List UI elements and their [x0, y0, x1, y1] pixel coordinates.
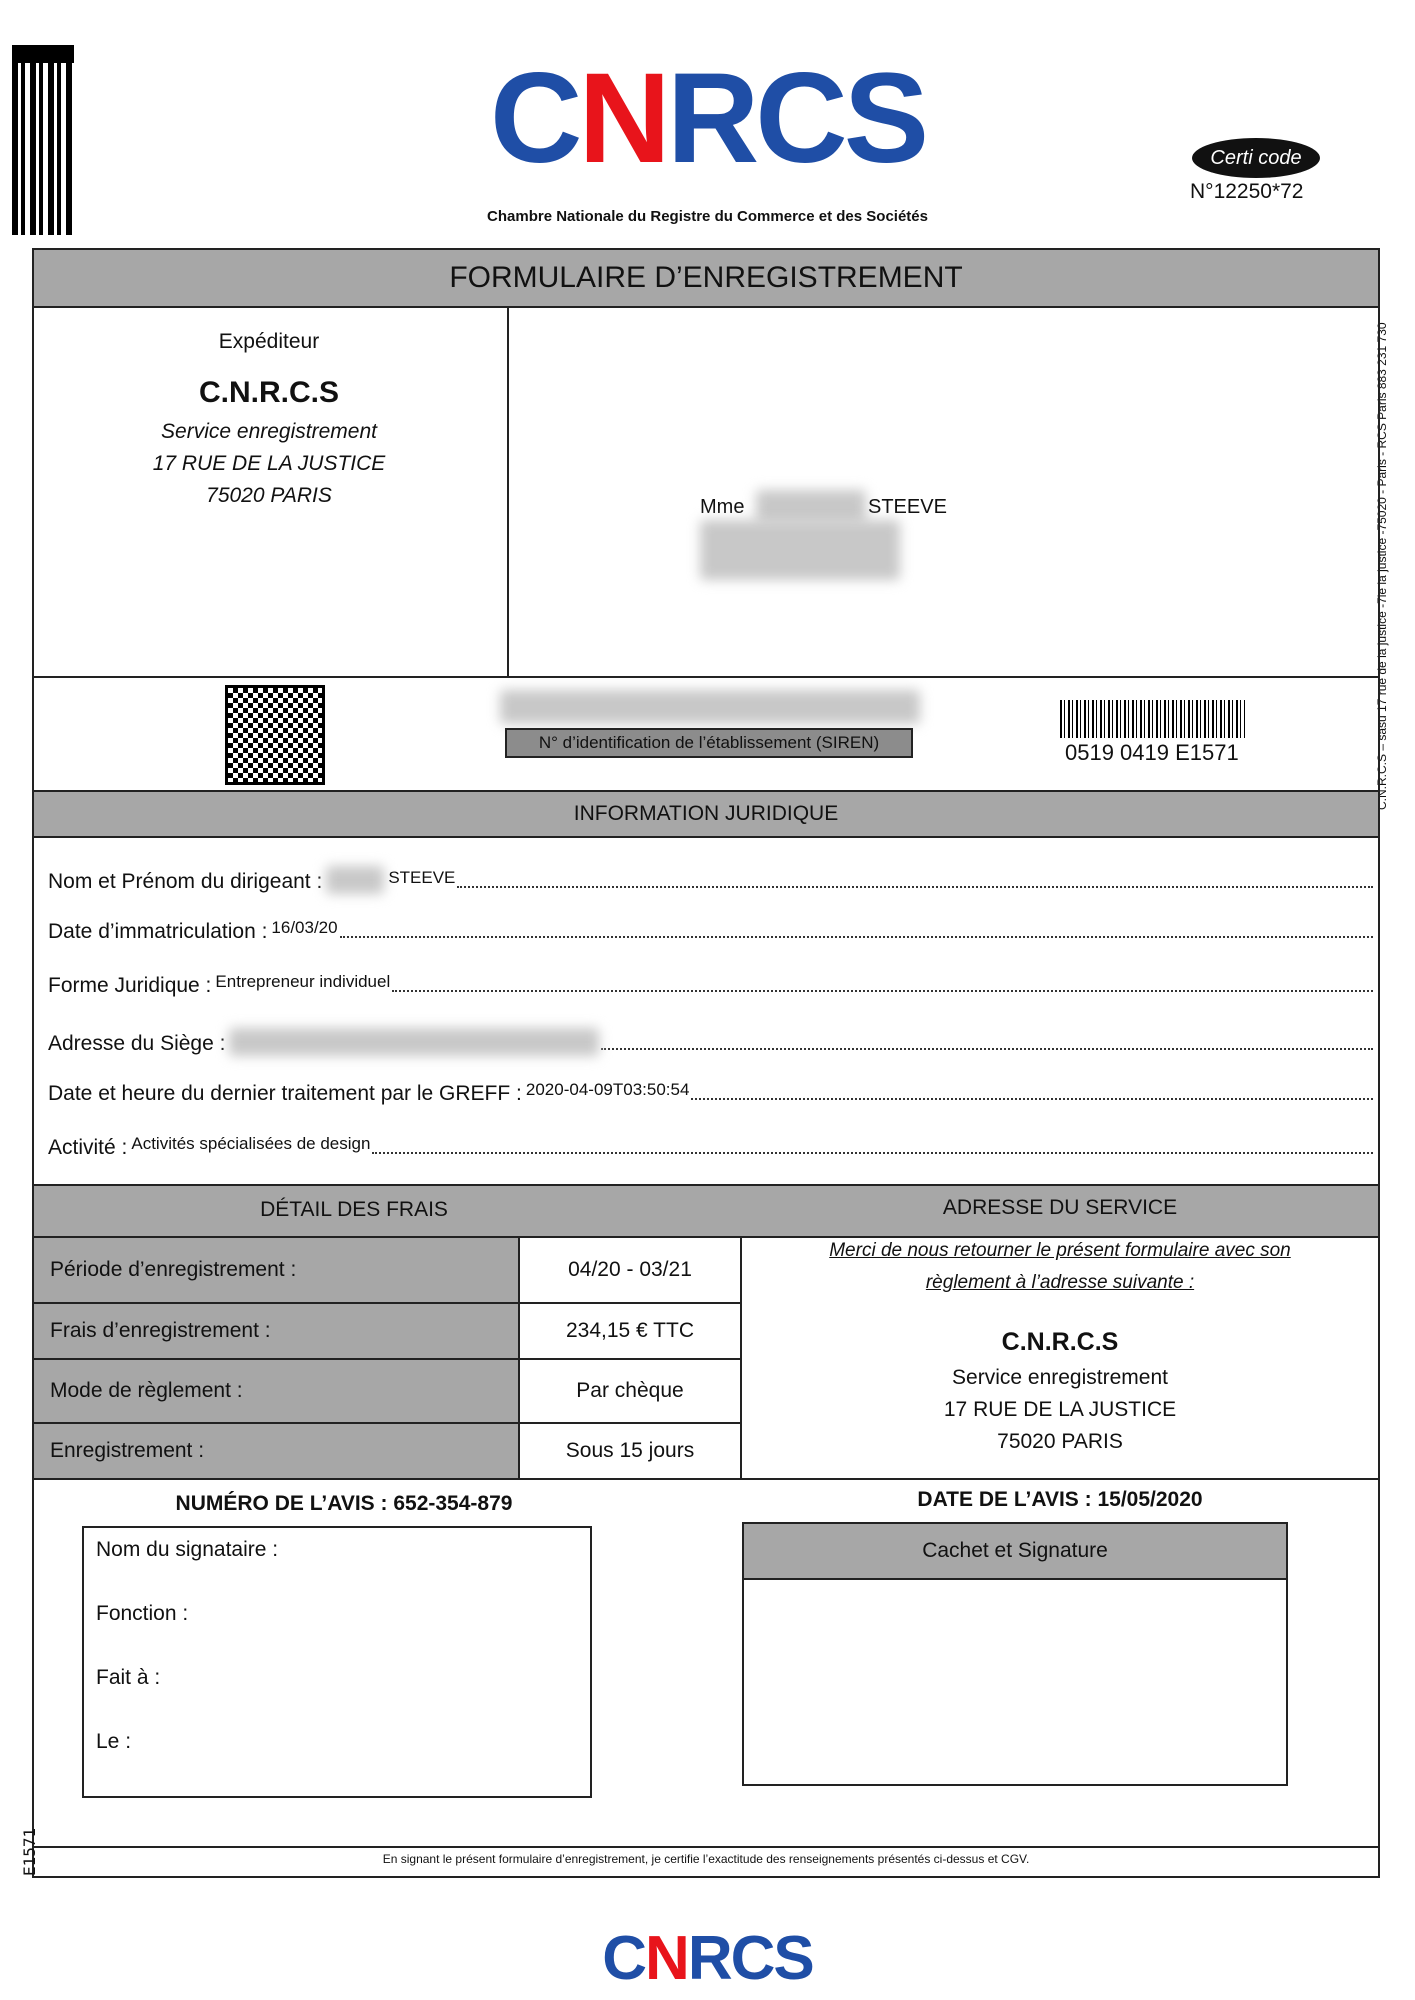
recipient-redacted: [756, 490, 866, 524]
service-address-title: ADRESSE DU SERVICE: [740, 1196, 1380, 1220]
cnrcs-footer-logo: CNRCS: [0, 1928, 1415, 1990]
dotted-line: [691, 1098, 1373, 1100]
sender-label: Expéditeur: [34, 330, 504, 354]
recipient-salutation: Mme: [700, 496, 744, 519]
field-registration-date: Date d’immatriculation : 16/03/20: [48, 920, 1373, 944]
field-director-name: Nom et Prénom du dirigeant : STEEVE: [48, 866, 1373, 894]
notice-number: NUMÉRO DE L’AVIS : 652-354-879: [34, 1492, 654, 1516]
divider: [32, 676, 1380, 678]
barcode-icon: [1060, 700, 1245, 738]
sender-street: 17 RUE DE LA JUSTICE: [34, 452, 504, 476]
fee-label-payment-mode: Mode de règlement :: [34, 1360, 518, 1422]
field-label: Date et heure du dernier traitement par …: [48, 1082, 522, 1106]
recipient-address-redacted: [700, 520, 900, 580]
sender-name: C.N.R.C.S: [34, 376, 504, 410]
fee-value-period: 04/20 - 03/21: [520, 1238, 740, 1302]
logo-letter-c: C: [602, 1924, 645, 1993]
stamp-signature-title: Cachet et Signature: [744, 1524, 1286, 1578]
sender-city: 75020 PARIS: [34, 484, 504, 508]
barcode-number: 0519 0419 E1571: [1065, 740, 1239, 766]
address-redacted: [229, 1028, 599, 1056]
fees-title: DÉTAIL DES FRAIS: [34, 1198, 674, 1222]
field-head-office-address: Adresse du Siège :: [48, 1028, 1373, 1056]
fee-label-period: Période d’enregistrement :: [34, 1238, 518, 1302]
service-street: 17 RUE DE LA JUSTICE: [740, 1398, 1380, 1422]
notice-date: DATE DE L’AVIS : 15/05/2020: [740, 1488, 1380, 1512]
field-label: Nom et Prénom du dirigeant :: [48, 870, 322, 894]
logo-letter-n: N: [645, 1924, 688, 1993]
field-label: Adresse du Siège :: [48, 1032, 225, 1056]
service-note-line1: Merci de nous retourner le présent formu…: [740, 1240, 1380, 1262]
logo-subtitle: Chambre Nationale du Registre du Commerc…: [0, 208, 1415, 225]
divider: [32, 1846, 1380, 1848]
logo-letter-n: N: [578, 47, 666, 190]
fee-label-registration: Enregistrement :: [34, 1424, 518, 1478]
dotted-line: [372, 1152, 1373, 1154]
signatory-function-label: Fonction :: [96, 1602, 188, 1626]
form-title: FORMULAIRE D’ENREGISTREMENT: [34, 250, 1378, 306]
divider: [507, 306, 509, 676]
logo-letter-c: C: [490, 47, 578, 190]
field-label: Activité :: [48, 1136, 127, 1160]
field-activity: Activité : Activités spécialisées de des…: [48, 1136, 1373, 1160]
legal-info-title: INFORMATION JURIDIQUE: [34, 792, 1378, 836]
divider: [32, 836, 1380, 838]
field-value: 16/03/20: [271, 918, 337, 938]
dotted-line: [457, 886, 1373, 888]
siren-label: N° d’identification de l’établissement (…: [505, 728, 913, 758]
service-note-line2: règlement à l’adresse suivante :: [740, 1272, 1380, 1294]
field-last-processing: Date et heure du dernier traitement par …: [48, 1082, 1373, 1106]
dotted-line: [392, 990, 1373, 992]
field-label: Date d’immatriculation :: [48, 920, 267, 944]
divider: [32, 1478, 1380, 1480]
service-name: C.N.R.C.S: [740, 1328, 1380, 1357]
dotted-line: [340, 936, 1373, 938]
siren-number-redacted: [500, 690, 920, 724]
logo-letters-rcs: RCS: [667, 47, 925, 190]
sender-service: Service enregistrement: [34, 420, 504, 444]
divider: [32, 306, 1380, 308]
field-legal-form: Forme Juridique : Entrepreneur individue…: [48, 974, 1373, 998]
fee-value-amount: 234,15 € TTC: [520, 1304, 740, 1358]
field-value: STEEVE: [388, 868, 455, 888]
field-value: Activités spécialisées de design: [131, 1134, 370, 1154]
fee-value-payment-mode: Par chèque: [520, 1360, 740, 1422]
logo-letters-rcs: RCS: [688, 1924, 813, 1993]
signatory-date-label: Le :: [96, 1730, 131, 1754]
field-value: 2020-04-09T03:50:54: [526, 1080, 690, 1100]
recipient-surname: STEEVE: [868, 496, 947, 519]
qr-code-icon: [225, 685, 325, 785]
service-city: 75020 PARIS: [740, 1430, 1380, 1454]
field-value: Entrepreneur individuel: [215, 972, 390, 992]
service-department: Service enregistrement: [740, 1366, 1380, 1390]
footer-certification-note: En signant le présent formulaire d’enreg…: [32, 1852, 1380, 1866]
signatory-name-label: Nom du signataire :: [96, 1538, 278, 1562]
signatory-box: [82, 1526, 592, 1798]
certi-code-badge: Certi code: [1192, 138, 1320, 178]
director-firstname-redacted: [326, 866, 384, 894]
divider: [744, 1578, 1286, 1580]
divider: [518, 1236, 520, 1480]
dotted-line: [601, 1048, 1373, 1050]
field-label: Forme Juridique :: [48, 974, 211, 998]
fee-label-amount: Frais d’enregistrement :: [34, 1304, 518, 1358]
fee-value-registration: Sous 15 jours: [520, 1424, 740, 1478]
signatory-place-label: Fait à :: [96, 1666, 160, 1690]
certi-code-number: N°12250*72: [1190, 180, 1304, 204]
